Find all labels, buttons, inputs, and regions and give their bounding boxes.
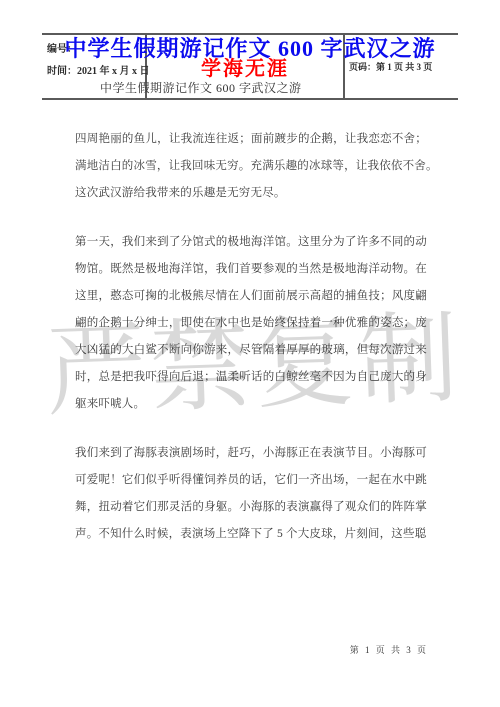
body-text-line: 满地洁白的冰雪，让我回味无穷。充满乐趣的冰球等，让我依依不舍。: [75, 153, 427, 180]
body-text-line: 可爱呢！它们似乎听得懂饲养员的话，它们一齐出场，一起在水中跳: [75, 467, 427, 494]
body-text-line: 舞，扭动着它们那灵活的身躯。小海豚的表演赢得了观众们的阵阵掌: [75, 494, 427, 521]
paragraph-1: 四周艳丽的鱼儿，让我流连往返；面前踱步的企鹅，让我恋恋不舍；满地洁白的冰雪，让我…: [75, 126, 427, 207]
document-page: 编号： 时间：2021 年 x 月 x 日 学海无涯 页码：第 1 页 共 3 …: [0, 0, 500, 707]
body-text-line: 翩的企鹅十分绅士，即使在水中也是始终保持着一种优雅的姿态；庞: [75, 310, 427, 337]
body-text-line: 大凶猛的大白鲨不断向你游来，尽管隔着厚厚的玻璃，但每次游过来: [75, 337, 427, 364]
body-text-line: 这次武汉游给我带来的乐趣是无穷无尽。: [75, 180, 427, 207]
body-text-line: 第一天，我们来到了分馆式的极地海洋馆。这里分为了许多不同的动: [75, 229, 427, 256]
paragraph-3: 我们来到了海豚表演剧场时，赶巧，小海豚正在表演节目。小海豚可可爱呢！它们似乎听得…: [75, 440, 427, 548]
paragraph-2: 第一天，我们来到了分馆式的极地海洋馆。这里分为了许多不同的动物馆。既然是极地海洋…: [75, 229, 427, 418]
body-text-line: 躯来吓唬人。: [75, 391, 427, 418]
body-text-line: 我们来到了海豚表演剧场时，赶巧，小海豚正在表演节目。小海豚可: [75, 440, 427, 467]
document-subtitle: 中学生假期游记作文 600 字武汉之游: [100, 79, 500, 96]
body-text-line: 这里，憨态可掬的北极熊尽情在人们面前展示高超的捕鱼技；风度翩: [75, 283, 427, 310]
document-title: 中学生假期游记作文 600 字武汉之游: [36, 32, 464, 63]
body-text-line: 声。不知什么时候，表演场上空降下了 5 个大皮球，片刻间，这些聪: [75, 521, 427, 548]
document-body: 四周艳丽的鱼儿，让我流连往返；面前踱步的企鹅，让我恋恋不舍；满地洁白的冰雪，让我…: [75, 126, 427, 548]
page-footer: 第 1 页 共 3 页: [350, 643, 428, 656]
body-text-line: 物馆。既然是极地海洋馆，我们首要参观的当然是极地海洋动物。在: [75, 256, 427, 283]
body-text-line: 时，总是把我吓得向后退；温柔听话的白鲸丝毫不因为自己庞大的身: [75, 364, 427, 391]
body-text-line: 四周艳丽的鱼儿，让我流连往返；面前踱步的企鹅，让我恋恋不舍；: [75, 126, 427, 153]
